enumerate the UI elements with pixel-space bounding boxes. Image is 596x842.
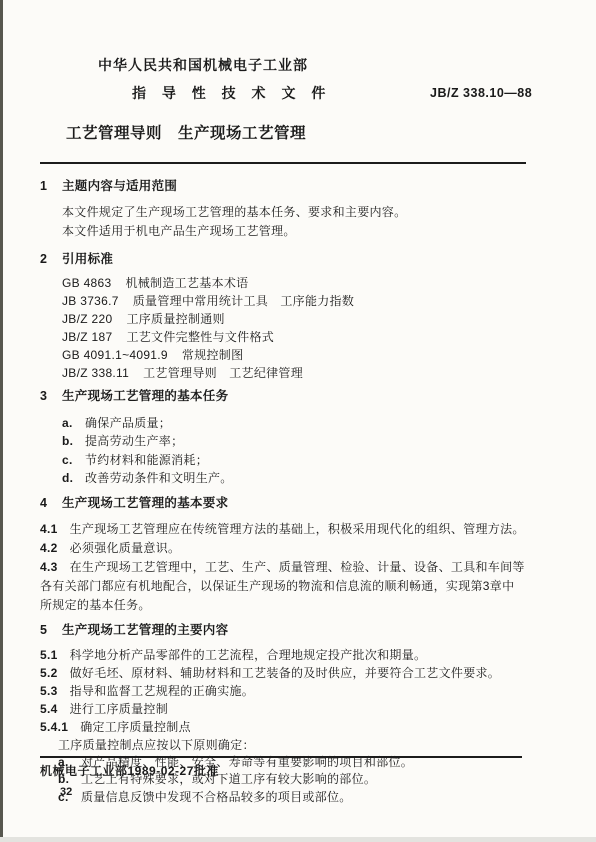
reference-code: JB/Z 338.11 — [62, 364, 129, 382]
clause-text: 进行工序质量控制 — [70, 702, 168, 716]
header-rule — [40, 162, 526, 164]
item-text: 改善劳动条件和文明生产。 — [85, 471, 233, 485]
document-title: 工艺管理导则 生产现场工艺管理 — [66, 124, 526, 143]
section-number: 3 — [40, 388, 62, 404]
reference-title: 工艺管理导则 工艺纪律管理 — [143, 366, 303, 380]
section-number: 2 — [40, 251, 62, 267]
reference-title: 工艺文件完整性与文件格式 — [126, 330, 274, 344]
item-text: 确保产品质量； — [85, 416, 171, 430]
section-scope: 1主题内容与适用范围 本文件规定了生产现场工艺管理的基本任务、要求和主要内容。 … — [40, 178, 526, 241]
paragraph: 本文件适用于机电产品生产现场工艺管理。 — [62, 222, 526, 241]
clause: 5.4进行工序质量控制 — [40, 700, 526, 718]
reference-code: JB 3736.7 — [62, 292, 119, 310]
item-label: c. — [62, 451, 85, 469]
item-label: b. — [62, 432, 85, 450]
ministry-name: 中华人民共和国机械电子工业部 — [98, 56, 526, 75]
section-heading-text: 主题内容与适用范围 — [62, 179, 177, 193]
paragraph: 本文件规定了生产现场工艺管理的基本任务、要求和主要内容。 — [62, 203, 526, 222]
section-basic-tasks: 3生产现场工艺管理的基本任务 a.确保产品质量； b.提高劳动生产率； c.节约… — [40, 388, 526, 488]
clause: 5.3指导和监督工艺规程的正确实施。 — [40, 682, 526, 700]
section-heading-text: 生产现场工艺管理的基本任务 — [62, 389, 228, 403]
clause-text: 生产现场工艺管理应在传统管理方法的基础上，积极采用现代化的组织、管理方法。 — [70, 522, 525, 536]
approval-text: 机械电子工业部1989-02-27批准 — [40, 762, 219, 779]
clause: 4.1生产现场工艺管理应在传统管理方法的基础上，积极采用现代化的组织、管理方法。 — [40, 520, 526, 539]
list-item: d.改善劳动条件和文明生产。 — [62, 469, 526, 487]
clause-number: 4.3 — [40, 560, 58, 574]
footer-rule — [40, 756, 522, 758]
item-label: d. — [62, 469, 85, 487]
clause-number: 5.1 — [40, 648, 58, 662]
reference-row: JB/Z 187工艺文件完整性与文件格式 — [62, 328, 526, 346]
clause: 4.2必须强化质量意识。 — [40, 539, 526, 558]
document-type: 指 导 性 技 术 文 件 — [132, 84, 526, 103]
clause-text: 确定工序质量控制点 — [80, 720, 191, 734]
section-heading: 2引用标准 — [40, 251, 526, 267]
page-number: 32 — [60, 786, 72, 798]
clause-number: 5.2 — [40, 666, 58, 680]
section-heading: 1主题内容与适用范围 — [40, 178, 526, 194]
clause-number: 4.1 — [40, 522, 58, 536]
scan-left-edge — [0, 0, 3, 842]
reference-title: 机械制造工艺基本术语 — [125, 276, 248, 290]
reference-title: 质量管理中常用统计工具 工序能力指数 — [133, 294, 354, 308]
section-number: 4 — [40, 495, 62, 511]
reference-title: 工序质量控制通则 — [126, 312, 224, 326]
clause-list: 4.1生产现场工艺管理应在传统管理方法的基础上，积极采用现代化的组织、管理方法。… — [40, 520, 526, 615]
reference-code: GB 4863 — [62, 274, 111, 292]
clause-number: 4.2 — [40, 541, 58, 555]
section-number: 1 — [40, 178, 62, 194]
item-label: a. — [62, 414, 85, 432]
reference-row: JB/Z 220工序质量控制通则 — [62, 310, 526, 328]
clause-text: 指导和监督工艺规程的正确实施。 — [70, 684, 255, 698]
document-content: 中华人民共和国机械电子工业部 指 导 性 技 术 文 件 工艺管理导则 生产现场… — [40, 56, 526, 806]
reference-code: JB/Z 220 — [62, 310, 112, 328]
clause-number: 5.3 — [40, 684, 58, 698]
section-heading-text: 生产现场工艺管理的主要内容 — [62, 623, 228, 637]
list-item: c.质量信息反馈中发现不合格品较多的项目或部位。 — [58, 789, 526, 807]
clause: 4.3在生产现场工艺管理中，工艺、生产、质量管理、检验、计量、设备、工具和车间等… — [40, 558, 526, 615]
note-line: 工序质量控制点应按以下原则确定： — [58, 736, 526, 754]
clause-text: 必须强化质量意识。 — [70, 541, 181, 555]
reference-row: JB/Z 338.11工艺管理导则 工艺纪律管理 — [62, 364, 526, 382]
reference-row: JB 3736.7质量管理中常用统计工具 工序能力指数 — [62, 292, 526, 310]
reference-title: 常规控制图 — [182, 348, 244, 362]
reference-code: GB 4091.1~4091.9 — [62, 346, 168, 364]
document-page: JB/Z 338.10—88 中华人民共和国机械电子工业部 指 导 性 技 术 … — [0, 0, 596, 842]
reference-row: GB 4863机械制造工艺基本术语 — [62, 274, 526, 292]
section-heading-text: 引用标准 — [62, 252, 113, 266]
list-item: a.确保产品质量； — [62, 414, 526, 432]
lettered-list: a.确保产品质量； b.提高劳动生产率； c.节约材料和能源消耗； d.改善劳动… — [62, 414, 526, 488]
clause-number: 5.4 — [40, 702, 58, 716]
clause-text: 做好毛坯、原材料、辅助材料和工艺装备的及时供应，并要符合工艺文件要求。 — [70, 666, 501, 680]
reference-list: GB 4863机械制造工艺基本术语 JB 3736.7质量管理中常用统计工具 工… — [62, 274, 526, 382]
clause-list: 5.1科学地分析产品零部件的工艺流程，合理地规定投产批次和期量。 5.2做好毛坯… — [40, 646, 526, 807]
item-text: 提高劳动生产率； — [85, 434, 183, 448]
section-heading: 4生产现场工艺管理的基本要求 — [40, 495, 526, 511]
list-item: c.节约材料和能源消耗； — [62, 451, 526, 469]
reference-code: JB/Z 187 — [62, 328, 112, 346]
clause: 5.2做好毛坯、原材料、辅助材料和工艺装备的及时供应，并要符合工艺文件要求。 — [40, 664, 526, 682]
section-heading-text: 生产现场工艺管理的基本要求 — [62, 496, 228, 510]
clause-text: 科学地分析产品零部件的工艺流程，合理地规定投产批次和期量。 — [70, 648, 427, 662]
item-text: 节约材料和能源消耗； — [85, 453, 208, 467]
section-heading: 3生产现场工艺管理的基本任务 — [40, 388, 526, 404]
clause: 5.1科学地分析产品零部件的工艺流程，合理地规定投产批次和期量。 — [40, 646, 526, 664]
reference-row: GB 4091.1~4091.9常规控制图 — [62, 346, 526, 364]
section-heading: 5生产现场工艺管理的主要内容 — [40, 622, 526, 638]
list-item: b.提高劳动生产率； — [62, 432, 526, 450]
item-text: 质量信息反馈中发现不合格品较多的项目或部位。 — [81, 790, 352, 804]
section-number: 5 — [40, 622, 62, 638]
clause: 5.4.1确定工序质量控制点 — [40, 718, 526, 736]
clause-text: 在生产现场工艺管理中，工艺、生产、质量管理、检验、计量、设备、工具和车间等各有关… — [40, 560, 525, 612]
section-references: 2引用标准 GB 4863机械制造工艺基本术语 JB 3736.7质量管理中常用… — [40, 251, 526, 382]
clause-number: 5.4.1 — [40, 720, 68, 734]
section-basic-requirements: 4生产现场工艺管理的基本要求 4.1生产现场工艺管理应在传统管理方法的基础上，积… — [40, 495, 526, 615]
scan-bottom-edge — [0, 837, 596, 842]
